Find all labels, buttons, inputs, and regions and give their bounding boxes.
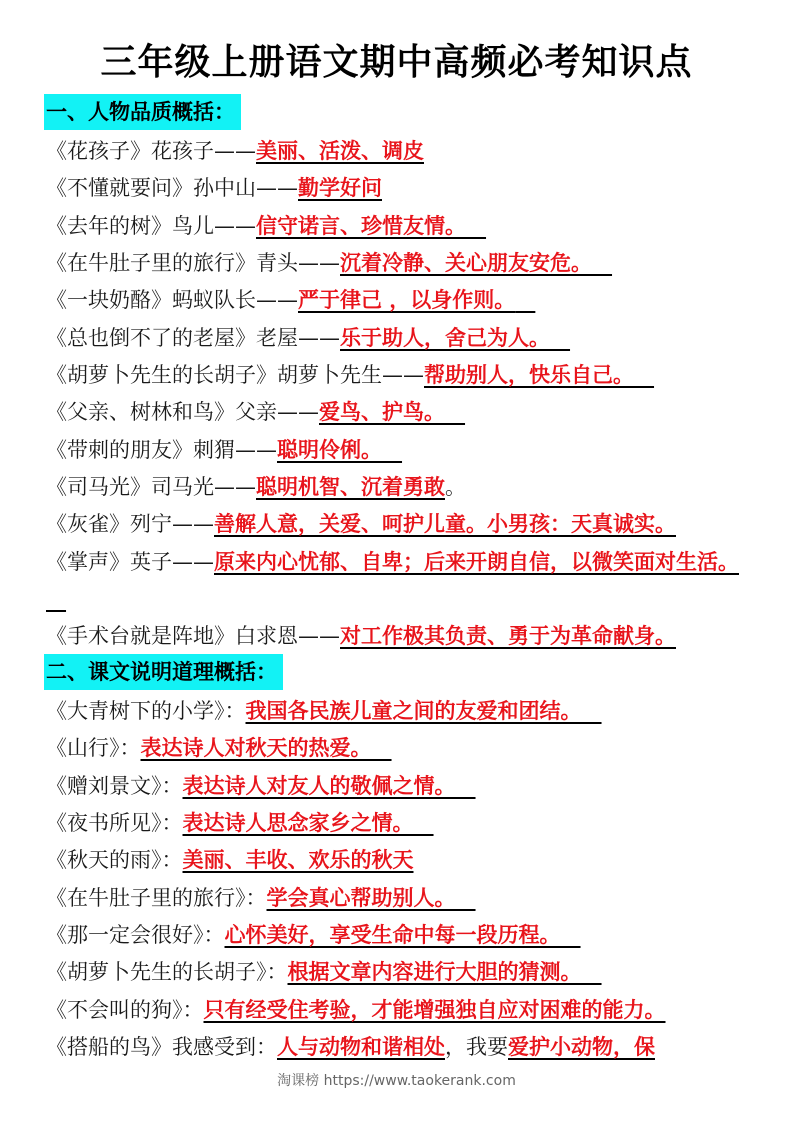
item-mid: ，我要 xyxy=(445,1035,508,1059)
list-item: 《大青树下的小学》：我国各民族儿童之间的友爱和团结。 xyxy=(46,693,751,730)
section-heading-lessons: 二、课文说明道理概括： xyxy=(44,654,283,690)
item-answer: 沉着冷静、关心朋友安危。 xyxy=(340,251,592,275)
item-answer: 美丽、丰收、欢乐的秋天 xyxy=(183,848,414,872)
list-item: 《掌声》英子——原来内心忧郁、自卑；后来开朗自信，以微笑面对生活。 xyxy=(46,544,751,618)
item-prefix: 《赠刘景文》： xyxy=(46,774,183,798)
underline-tail xyxy=(582,699,602,723)
underline-tail xyxy=(456,886,476,910)
item-prefix: 《胡萝卜先生的长胡子》胡萝卜先生—— xyxy=(46,363,424,387)
item-answer: 原来内心忧郁、自卑；后来开朗自信，以微笑面对生活。 xyxy=(214,550,739,574)
item-answer: 美丽、活泼、调皮 xyxy=(256,139,424,163)
item-prefix: 《总也倒不了的老屋》老屋—— xyxy=(46,326,340,350)
list-item: 《带刺的朋友》刺猬——聪明伶俐。 xyxy=(46,432,751,469)
item-prefix: 《秋天的雨》： xyxy=(46,848,183,872)
list-item: 《父亲、树林和鸟》父亲——爱鸟、护鸟。 xyxy=(46,394,751,431)
item-prefix: 《大青树下的小学》： xyxy=(46,699,246,723)
list-item: 《夜书所见》：表达诗人思念家乡之情。 xyxy=(46,805,751,842)
underline-tail xyxy=(515,288,535,312)
list-item: 《在牛肚子里的旅行》：学会真心帮助别人。 xyxy=(46,880,751,917)
underline-tail xyxy=(466,214,486,238)
item-prefix: 《掌声》英子—— xyxy=(46,550,214,574)
underline-tail xyxy=(46,587,66,611)
underline-tail xyxy=(414,811,434,835)
item-answer: 善解人意，关爱、呵护儿童。小男孩：天真诚实。 xyxy=(214,512,676,536)
item-answer: 严于律己 ，以身作则。 xyxy=(298,288,515,312)
underline-tail xyxy=(372,736,392,760)
item-prefix: 《山行》： xyxy=(46,736,141,760)
item-answer: 对工作极其负责、勇于为革命献身。 xyxy=(340,624,676,648)
underline-tail xyxy=(456,774,476,798)
item-answer: 表达诗人思念家乡之情。 xyxy=(183,811,414,835)
list-item: 《司马光》司马光——聪明机智、沉着勇敢。 xyxy=(46,469,751,506)
item-prefix: 《胡萝卜先生的长胡子》： xyxy=(46,960,288,984)
list-item: 《花孩子》花孩子——美丽、活泼、调皮 xyxy=(46,133,751,170)
item-answer: 表达诗人对友人的敬佩之情。 xyxy=(183,774,456,798)
item-answer: 乐于助人，舍己为人。 xyxy=(340,326,550,350)
item-answer: 信守诺言、珍惜友情。 xyxy=(256,214,466,238)
item-prefix: 《花孩子》花孩子—— xyxy=(46,139,256,163)
item-answer: 勤学好问 xyxy=(298,176,382,200)
item-prefix: 《夜书所见》： xyxy=(46,811,183,835)
list-item: 《胡萝卜先生的长胡子》胡萝卜先生——帮助别人，快乐自己。 xyxy=(46,357,751,394)
item-prefix: 《那一定会很好》： xyxy=(46,923,225,947)
item-prefix: 《灰雀》列宁—— xyxy=(46,512,214,536)
page-title: 三年级上册语文期中高频必考知识点 xyxy=(0,38,793,88)
item-answer: 学会真心帮助别人。 xyxy=(267,886,456,910)
underline-tail xyxy=(382,438,402,462)
list-item: 《不懂就要问》孙中山——勤学好问 xyxy=(46,170,751,207)
item-answer: 只有经受住考验，才能增强独自应对困难的能力。 xyxy=(204,998,666,1022)
item-answer-2: 爱护小动物，保 xyxy=(508,1035,655,1059)
list-item: 《不会叫的狗》：只有经受住考验，才能增强独自应对困难的能力。 xyxy=(46,992,751,1029)
item-answer: 表达诗人对秋天的热爱。 xyxy=(141,736,372,760)
underline-tail xyxy=(445,400,465,424)
item-answer: 我国各民族儿童之间的友爱和团结。 xyxy=(246,699,582,723)
item-answer: 人与动物和谐相处 xyxy=(277,1035,445,1059)
item-answer: 帮助别人，快乐自己。 xyxy=(424,363,634,387)
list-item: 《那一定会很好》：心怀美好，享受生命中每一段历程。 xyxy=(46,917,751,954)
underline-tail xyxy=(582,960,602,984)
list-item: 《在牛肚子里的旅行》青头——沉着冷静、关心朋友安危。 xyxy=(46,245,751,282)
item-prefix: 《司马光》司马光—— xyxy=(46,475,256,499)
section-heading-character-traits: 一、人物品质概括： xyxy=(44,94,241,130)
item-answer: 聪明伶俐。 xyxy=(277,438,382,462)
list-item: 《去年的树》鸟儿——信守诺言、珍惜友情。 xyxy=(46,208,751,245)
list-item: 《秋天的雨》：美丽、丰收、欢乐的秋天 xyxy=(46,842,751,879)
item-answer: 爱鸟、护鸟。 xyxy=(319,400,445,424)
item-prefix: 《手术台就是阵地》白求恩—— xyxy=(46,624,340,648)
item-prefix: 《在牛肚子里的旅行》： xyxy=(46,886,267,910)
item-answer: 心怀美好，享受生命中每一段历程。 xyxy=(225,923,561,947)
footer-watermark: 淘课榜 https://www.taokerank.com xyxy=(0,1070,793,1090)
item-prefix: 《带刺的朋友》刺猬—— xyxy=(46,438,277,462)
list-item: 《山行》：表达诗人对秋天的热爱。 xyxy=(46,730,751,767)
list-item: 《灰雀》列宁——善解人意，关爱、呵护儿童。小男孩：天真诚实。 xyxy=(46,506,751,543)
list-item: 《赠刘景文》：表达诗人对友人的敬佩之情。 xyxy=(46,768,751,805)
item-prefix: 《搭船的鸟》我感受到： xyxy=(46,1035,277,1059)
underline-tail xyxy=(592,251,612,275)
underline-tail xyxy=(634,363,654,387)
list-item: 《手术台就是阵地》白求恩——对工作极其负责、勇于为革命献身。 xyxy=(46,618,751,655)
item-prefix: 《一块奶酪》蚂蚁队长—— xyxy=(46,288,298,312)
list-item: 《总也倒不了的老屋》老屋——乐于助人，舍己为人。 xyxy=(46,320,751,357)
item-suffix: 。 xyxy=(445,475,466,499)
underline-tail xyxy=(550,326,570,350)
item-prefix: 《父亲、树林和鸟》父亲—— xyxy=(46,400,319,424)
underline-tail xyxy=(561,923,581,947)
item-answer: 根据文章内容进行大胆的猜测。 xyxy=(288,960,582,984)
item-prefix: 《不会叫的狗》： xyxy=(46,998,204,1022)
list-item: 《一块奶酪》蚂蚁队长——严于律己 ，以身作则。 xyxy=(46,282,751,319)
item-prefix: 《去年的树》鸟儿—— xyxy=(46,214,256,238)
list-item: 《搭船的鸟》我感受到：人与动物和谐相处，我要爱护小动物，保 xyxy=(46,1029,751,1066)
item-prefix: 《在牛肚子里的旅行》青头—— xyxy=(46,251,340,275)
item-answer: 聪明机智、沉着勇敢 xyxy=(256,475,445,499)
list-item: 《胡萝卜先生的长胡子》：根据文章内容进行大胆的猜测。 xyxy=(46,954,751,991)
item-prefix: 《不懂就要问》孙中山—— xyxy=(46,176,298,200)
